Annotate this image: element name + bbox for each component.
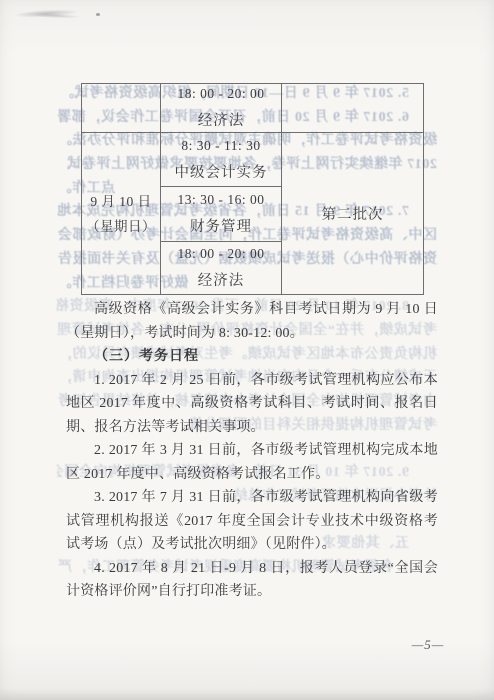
exam-weekday: （星期日） [82, 214, 160, 239]
session-time: 18: 00 - 20: 00 [161, 246, 281, 262]
paragraph-item-1: 1. 2017 年 2 月 25 日前，各市级考试管理机构应公布本地区 2017… [66, 369, 438, 440]
table-cell-session-carryover: 18: 00 - 20: 00 经济法 [161, 84, 282, 133]
session-subject: 经济法 [161, 269, 281, 290]
table-cell-session: 8: 30 - 11: 30 中级会计实务 [161, 133, 282, 187]
batch-label: 第二批次 [322, 207, 384, 223]
exam-schedule-table: 18: 00 - 20: 00 经济法 9 月 10 日 （星期日） 8: 30… [81, 83, 424, 295]
section-heading-exam-schedule: （三）考务日程 [66, 345, 438, 369]
session-subject: 中级会计实务 [161, 161, 281, 182]
session-time: 8: 30 - 11: 30 [161, 138, 281, 154]
paragraph-senior-exam-date: 高级资格《高级会计实务》科目考试日期为 9 月 10 日（星期日），考试时间为 … [66, 298, 438, 345]
table-cell-empty [82, 84, 161, 133]
session-subject: 财务管理 [161, 215, 281, 236]
document-body: 高级资格《高级会计实务》科目考试日期为 9 月 10 日（星期日），考试时间为 … [66, 298, 438, 604]
scan-dot-artifact [96, 13, 100, 16]
table-cell-session: 13: 30 - 16: 00 财务管理 [161, 187, 282, 242]
paragraph-item-4: 4. 2017 年 8 月 21 日-9 月 8 日，报考人员登录“全国会计资格… [66, 557, 438, 604]
session-time: 13: 30 - 16: 00 [161, 192, 281, 208]
table-cell-exam-date: 9 月 10 日 （星期日） [82, 133, 161, 295]
table-cell-empty [282, 84, 424, 133]
session-subject: 经济法 [161, 109, 281, 130]
page-number: —5— [402, 637, 454, 653]
table-cell-batch: 第二批次 [282, 133, 424, 295]
paragraph-item-2: 2. 2017 年 3 月 31 日前，各市级考试管理机构完成本地区 2017 … [66, 439, 438, 486]
exam-date: 9 月 10 日 [82, 189, 160, 214]
scanned-document-page: 5. 2017 年 9 月 9 日—10 日期间，组织高级资格考试。 6. 20… [0, 0, 494, 700]
paragraph-item-3: 3. 2017 年 7 月 31 日前，各市级考试管理机构向省级考试管理机构报送… [66, 486, 438, 557]
table-cell-session: 18: 00 - 20: 00 经济法 [161, 242, 282, 295]
session-time: 18: 00 - 20: 00 [161, 86, 281, 102]
scan-smudge-artifact [34, 13, 80, 19]
